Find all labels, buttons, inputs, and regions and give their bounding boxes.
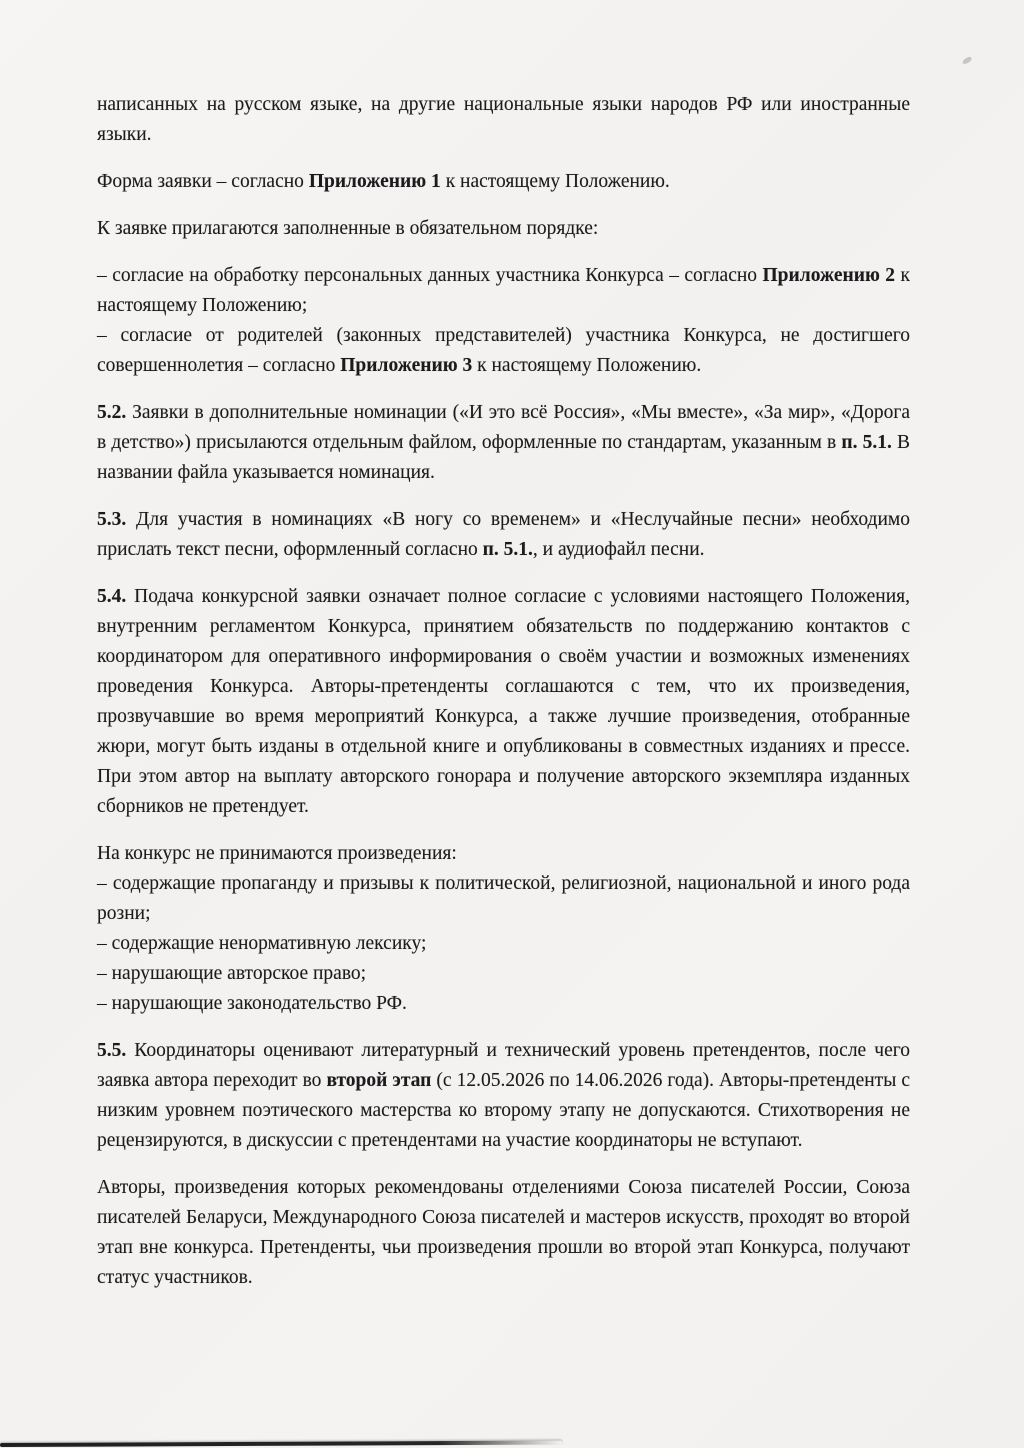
- list-item-consent-parents: – согласие от родителей (законных предст…: [97, 321, 910, 381]
- text-run: Заявки в дополнительные номинации («И эт…: [97, 402, 910, 453]
- list-item-propaganda: – содержащие пропаганду и призывы к поли…: [97, 869, 910, 929]
- list-item-profanity: – содержащие ненормативную лексику;: [97, 929, 910, 959]
- text-run: – нарушающие законодательство РФ.: [97, 993, 407, 1014]
- text-run: На конкурс не принимаются произведения:: [97, 843, 457, 864]
- list-item-consent-personal-data: – согласие на обработку персональных дан…: [97, 261, 910, 321]
- text-run: К заявке прилагаются заполненные в обяза…: [97, 218, 598, 239]
- bold-text-run: п. 5.1.: [483, 539, 533, 560]
- text-run: – нарушающие авторское право;: [97, 963, 366, 984]
- bold-text-run: Приложению 2: [763, 265, 896, 286]
- bold-text-run: п. 5.1.: [841, 432, 892, 453]
- bold-text-run: второй этап: [326, 1070, 431, 1091]
- paragraph-languages: написанных на русском языке, на другие н…: [97, 90, 910, 150]
- scan-speck-artifact: [961, 56, 972, 65]
- text-run: написанных на русском языке, на другие н…: [97, 94, 910, 145]
- bold-text-run: Приложению 3: [340, 355, 472, 376]
- text-run: – содержащие пропаганду и призывы к поли…: [97, 873, 910, 924]
- paragraph-union-authors: Авторы, произведения которых рекомендова…: [97, 1173, 910, 1293]
- section-5-5: 5.5. Координаторы оценивают литературный…: [97, 1036, 910, 1156]
- text-run: к настоящему Положению.: [441, 171, 670, 192]
- section-5-3: 5.3. Для участия в номинациях «В ногу со…: [97, 505, 910, 565]
- list-item-legislation: – нарушающие законодательство РФ.: [97, 989, 910, 1019]
- paragraph-attachments-intro: К заявке прилагаются заполненные в обяза…: [97, 214, 910, 244]
- scanned-document-page: написанных на русском языке, на другие н…: [0, 0, 1024, 1448]
- section-5-2: 5.2. Заявки в дополнительные номинации (…: [97, 398, 910, 488]
- text-run: к настоящему Положению.: [472, 355, 701, 376]
- bold-text-run: 5.5.: [97, 1040, 126, 1061]
- section-5-4: 5.4. Подача конкурсной заявки означает п…: [97, 582, 910, 822]
- text-run: Авторы, произведения которых рекомендова…: [97, 1177, 910, 1288]
- text-run: – содержащие ненормативную лексику;: [97, 933, 426, 954]
- list-item-copyright: – нарушающие авторское право;: [97, 959, 910, 989]
- text-run: , и аудиофайл песни.: [533, 539, 705, 560]
- text-run: Подача конкурсной заявки означает полное…: [97, 586, 910, 817]
- paragraph-not-accepted-intro: На конкурс не принимаются произведения:: [97, 839, 910, 869]
- scan-edge-artifact: [0, 1441, 562, 1447]
- bold-text-run: Приложению 1: [309, 171, 441, 192]
- paragraph-application-form: Форма заявки – согласно Приложению 1 к н…: [97, 167, 910, 197]
- bold-text-run: 5.2.: [97, 402, 126, 423]
- bold-text-run: 5.3.: [97, 509, 126, 530]
- document-content: написанных на русском языке, на другие н…: [97, 90, 910, 1293]
- text-run: Форма заявки – согласно: [97, 171, 309, 192]
- bold-text-run: 5.4.: [97, 586, 126, 607]
- text-run: – согласие на обработку персональных дан…: [97, 265, 763, 286]
